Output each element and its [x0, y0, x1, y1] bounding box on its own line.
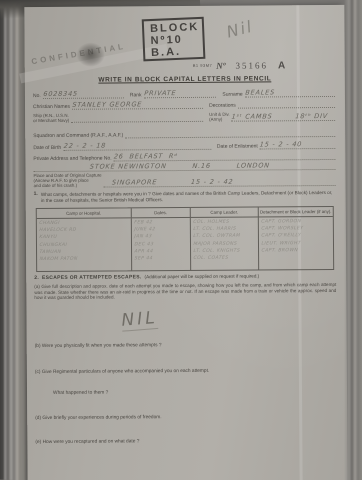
row-capture: Place and Date of Original Capture(Aircr… — [33, 171, 335, 188]
rank-label: Rank — [130, 92, 144, 98]
dob-value: 22 - 2 - 18 — [63, 142, 106, 150]
handwritten-nil-annotation: Nil — [225, 17, 256, 42]
decorations-label: Decorations — [209, 103, 238, 109]
serial-no-label: Nº — [216, 61, 225, 71]
capture-place-value: SINGAPORE — [112, 178, 158, 186]
table-column: CAPT. GORDONCAPT. WORSLEYCAPT. O'REILLYL… — [259, 217, 333, 270]
table-header-cell: Camp Leader. — [191, 207, 259, 216]
serial-number: 35166 — [235, 60, 268, 70]
enlistment-value: 15 - 2 - 40 — [260, 140, 303, 148]
question-2e-text: (e) How were you recaptured and on what … — [35, 438, 337, 445]
scanned-pow-questionnaire: CONFIDENTIAL BLOCK Nº10 B.A. Nil B1 93M7… — [0, 0, 362, 480]
table-entry: KANYU — [39, 234, 129, 242]
question-1-text: What camps, detachments or hospitals wer… — [41, 190, 336, 203]
serial-number-line: B1 93M7Nº35166A — [193, 55, 338, 74]
address-value-2: STOKE NEWINGTON N.16 LONDON — [89, 161, 270, 170]
table-column: CHANGIHAVELOCK RDKANYUCHUNGKAITAMUANNAKO… — [37, 218, 132, 271]
table-entry: LT. COL. OWTRAM — [193, 233, 257, 241]
squadron-label: Squadron and Command (R.A.F., A.A.F.) — [33, 132, 125, 139]
address-value: 26 BELFAST Rᵈ — [114, 152, 179, 160]
serial-prefix: B1 93M7 — [193, 63, 213, 68]
christian-names-label: Christian Names — [33, 104, 72, 110]
row-ship-unit: Ship (R.N., U.S.N.or Merchant Navy) Unit… — [33, 111, 335, 123]
unit-div-value: 1ˢᵗ CAMBS 18ᵗʰ DIV — [232, 112, 329, 121]
block-stamp-line1: BLOCK — [150, 21, 202, 35]
table-entry: SEP 44 — [134, 255, 189, 263]
question-2-note: (Additional paper will be supplied on re… — [145, 273, 260, 280]
question-1: 1. What camps, detachments or hospitals … — [34, 190, 336, 203]
table-entry: JAN 43 — [134, 233, 189, 241]
table-header-cell: Dates. — [131, 208, 190, 217]
capture-date-value: 15 - 2 - 42 — [191, 178, 234, 186]
row-dob-enlistment: Date of Birth22 - 2 - 18 Date of Enlistm… — [33, 140, 335, 151]
dob-label: Date of Birth — [33, 145, 63, 151]
question-2b-text: (b) Were you physically fit when you mad… — [35, 342, 337, 349]
row-no-rank-surname: No.6028345 RankPRIVATE SurnameBEALES — [33, 88, 335, 99]
fastener-smudge — [77, 43, 105, 67]
table-entry: CAPT. BROWN — [261, 247, 332, 255]
serial-suffix: A — [278, 60, 285, 71]
question-2d-text: (d) Give briefly your experiences during… — [35, 414, 337, 421]
christian-names-value: STANLEY GEORGE — [72, 100, 142, 108]
surname-value: BEALES — [245, 88, 275, 96]
camps-table: Camp or Hospital.Dates.Camp Leader.Detac… — [36, 206, 334, 272]
row-names-decorations: Christian NamesSTANLEY GEORGE Decoration… — [33, 99, 335, 110]
table-entry: DEC 43 — [134, 241, 189, 249]
table-header-cell: Detachment or Block Leader (if any). — [259, 207, 333, 217]
question-2a-text: (a) Give full description and approx. da… — [34, 282, 336, 301]
table-entry: COL. COATES — [193, 255, 257, 263]
question-2-title: ESCAPES OR ATTEMPTED ESCAPES. — [42, 274, 145, 281]
paper-edge-right — [344, 0, 362, 480]
surname-label: Surname — [222, 92, 244, 98]
row-squadron: Squadron and Command (R.A.F., A.A.F.) — [33, 129, 335, 139]
table-entry: CAPT. O'REILLY — [261, 232, 332, 240]
no-value: 6028345 — [43, 90, 78, 98]
table-entry: NAKOM PATON — [39, 255, 129, 263]
ship-label: Ship (R.N., U.S.N.or Merchant Navy) — [33, 113, 71, 123]
question-1-number: 1. — [34, 192, 41, 203]
question-2-heading: 2. ESCAPES OR ATTEMPTED ESCAPES. (Additi… — [34, 273, 336, 281]
unit-div-label: Unit & Div.(Army) — [209, 112, 231, 122]
table-header-cell: Camp or Hospital. — [37, 208, 132, 218]
block-stamp: BLOCK Nº10 B.A. — [142, 17, 206, 62]
question-2c-text: (c) Give Regimental particulars of anyon… — [35, 368, 337, 375]
no-label: No. — [33, 93, 43, 99]
question-2c2-text: What happened to them ? — [35, 389, 337, 396]
rank-value: PRIVATE — [144, 89, 177, 97]
table-column: FEB 42JUNE 42JAN 43DEC 43APR 44SEP 44 — [132, 218, 192, 270]
questionnaire-sheet: CONFIDENTIAL BLOCK Nº10 B.A. Nil B1 93M7… — [24, 5, 347, 480]
handwritten-nil-answer: NIL — [121, 308, 159, 332]
capture-label: Place and Date of Original Capture(Aircr… — [33, 173, 103, 188]
question-2-number: 2. — [34, 275, 42, 281]
table-body: CHANGIHAVELOCK RDKANYUCHUNGKAITAMUANNAKO… — [37, 217, 333, 271]
enlistment-label: Date of Enlistment — [217, 143, 260, 149]
address-label: Private Address and Telephone No. — [33, 156, 113, 163]
table-column: COL. HOLMESLT. COL. HARRISLT. COL. OWTRA… — [191, 217, 259, 269]
